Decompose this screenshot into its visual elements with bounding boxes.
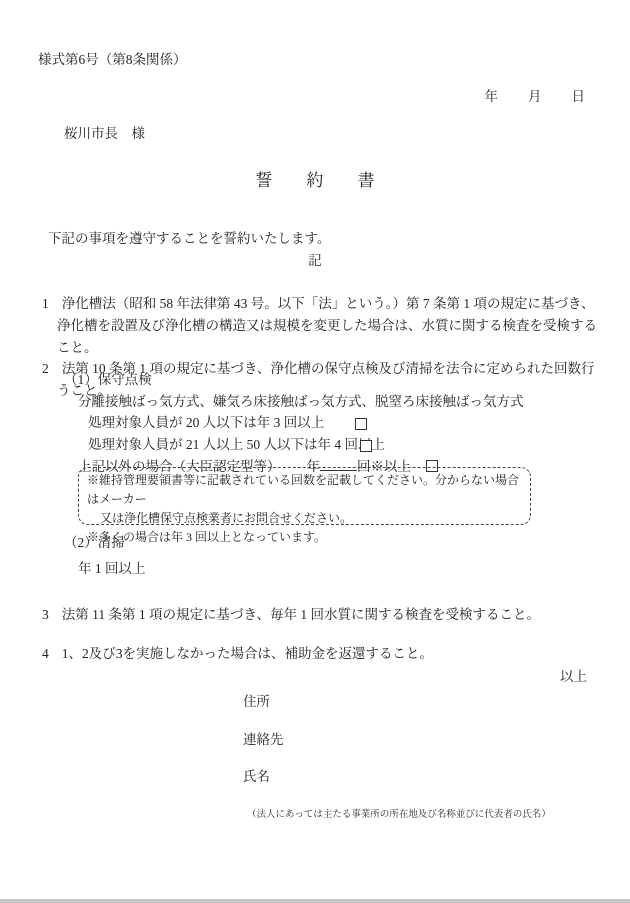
closing-marker: 以上 bbox=[560, 665, 587, 685]
pledge-form-document: 様式第6号（第8条関係） 年 月 日 桜川市長 様 誓 約 書 下記の事項を遵守… bbox=[0, 0, 630, 903]
item-3-text: 法第 11 条第 1 項の規定に基づき、毎年 1 回水質に関する検査を受検するこ… bbox=[62, 607, 540, 622]
item-4: 41、2及び3を実施しなかった場合は、補助金を返還すること。 bbox=[42, 643, 605, 665]
maintenance-row-20-or-less-text: 処理対象人員が 20 人以下は年 3 回以上 bbox=[88, 415, 324, 430]
cleaning-frequency: 年 1 回以上 bbox=[78, 557, 146, 577]
checkbox-20-or-less[interactable] bbox=[355, 418, 367, 430]
item-3-number: 3 bbox=[42, 607, 49, 622]
maintenance-row-21-to-50-text: 処理対象人員が 21 人以上 50 人以下は年 4 回以上 bbox=[88, 437, 385, 452]
note-line-1: ※維持管理要領書等に記載されている回数を記載してください。分からない場合はメーカ… bbox=[87, 471, 522, 509]
cleaning-section-label: （2）清掃 bbox=[64, 531, 125, 551]
pledge-intro-text: 下記の事項を遵守することを誓約いたします。 bbox=[48, 227, 330, 247]
address-label: 住所 bbox=[243, 690, 270, 710]
date-line: 年 月 日 bbox=[485, 85, 587, 105]
form-number: 様式第6号（第8条関係） bbox=[38, 48, 187, 68]
item-1-number: 1 bbox=[42, 296, 49, 311]
name-label: 氏名 bbox=[243, 765, 270, 785]
ki-marker: 記 bbox=[0, 249, 630, 269]
treatment-methods-line: 分離接触ばっ気方式、嫌気ろ床接触ばっ気方式、脱窒ろ床接触ばっ気方式 bbox=[78, 390, 524, 410]
note-line-3: ※多くの場合は年 3 回以上となっています。 bbox=[87, 528, 522, 547]
maintenance-row-20-or-less: 処理対象人員が 20 人以下は年 3 回以上 bbox=[88, 412, 508, 434]
checkbox-21-to-50[interactable] bbox=[360, 440, 372, 452]
item-4-text: 1、2及び3を実施しなかった場合は、補助金を返還すること。 bbox=[62, 646, 433, 661]
page-bottom-edge bbox=[0, 899, 630, 903]
corporate-note: （法人にあっては主たる事業所の所在地及び名称並びに代表者の氏名） bbox=[247, 806, 551, 820]
item-3: 3法第 11 条第 1 項の規定に基づき、毎年 1 回水質に関する検査を受検する… bbox=[42, 604, 605, 626]
item-2-number: 2 bbox=[42, 361, 49, 376]
item-1: 1浄化槽法（昭和 58 年法律第 43 号。以下「法」という。）第 7 条第 1… bbox=[42, 293, 605, 359]
item-1-text: 浄化槽法（昭和 58 年法律第 43 号。以下「法」という。）第 7 条第 1 … bbox=[57, 296, 597, 355]
addressee-mayor: 桜川市長 様 bbox=[64, 122, 145, 142]
contact-label: 連絡先 bbox=[243, 728, 284, 748]
maintenance-row-21-to-50: 処理対象人員が 21 人以上 50 人以下は年 4 回以上 bbox=[88, 434, 508, 456]
note-line-2: 又は浄化槽保守点検業者にお問合せください。 bbox=[87, 509, 522, 528]
maintenance-section-label: （1）保守点検 bbox=[64, 368, 152, 388]
maintenance-note-box: ※維持管理要領書等に記載されている回数を記載してください。分からない場合はメーカ… bbox=[78, 467, 531, 525]
document-title: 誓 約 書 bbox=[0, 166, 630, 191]
item-4-number: 4 bbox=[42, 646, 49, 661]
